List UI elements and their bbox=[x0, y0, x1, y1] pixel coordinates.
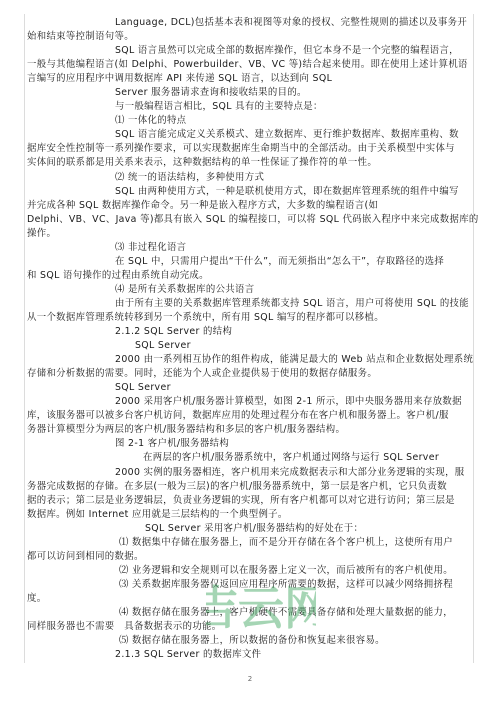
text-line: Delphi、VB、VC、Java 等)都具有嵌入 SQL 的编程接口，可以将 … bbox=[27, 213, 479, 226]
text-line: 数据库。例如 Internet 应用就是三层结构的一个典型例子。 bbox=[27, 508, 288, 521]
text-line: ⑸ 数据存储在服务器上，所以数据的备份和恢复起来很容易。 bbox=[119, 634, 385, 647]
page-number: 2 bbox=[0, 675, 500, 683]
text-line: ⑵ 统一的语法结构，多种使用方式 bbox=[115, 171, 264, 184]
text-line: 与一般编程语言相比，SQL 具有的主要特点是： bbox=[115, 100, 323, 113]
text-line: 2000 实例的服务器相连，客户机用来完成数据表示和大部分业务逻辑的实现，服 bbox=[115, 466, 465, 479]
text-line: 同样服务器也不需要 具备数据表示的功能。 bbox=[27, 620, 222, 633]
text-line: 实体间的联系都是用关系来表示，这种数据结构的单一性保证了操作符的单一性。 bbox=[27, 156, 377, 169]
text-line: Server 服务器请求查询和接收结果的目的。 bbox=[115, 86, 307, 99]
text-line: 2000 由一系列相互协作的组件构成，能满足最大的 Web 站点和企业数据处理系… bbox=[115, 353, 473, 366]
text-line: 并完成各种 SQL 数据库操作命令。另一种是嵌入程序方式，大多数的编程语言(如 bbox=[27, 199, 378, 212]
text-line: 2000 采用客户机/服务器计算模型，如图 2-1 所示，即中央服务器用来存放数… bbox=[115, 395, 462, 408]
text-line: 据的表示；第二层是业务逻辑层，负责业务逻辑的实现，所有客户机都可以对它进行访问；… bbox=[27, 494, 455, 507]
text-line: 2.1.3 SQL Server 的数据库文件 bbox=[115, 648, 261, 661]
text-line: SQL Server bbox=[115, 381, 171, 394]
text-line: ⑶ 非过程化语言 bbox=[115, 241, 186, 254]
text-line: 操作。 bbox=[27, 227, 56, 240]
text-line: ⑴ 数据集中存储在服务器上，而不是分开存储在各个客户机上，这使所有用户 bbox=[119, 536, 453, 549]
text-line: SQL 语言能完成定义关系模式、建立数据库、更行维护数据库、数据库重构、数 bbox=[115, 128, 459, 141]
text-line: 2.1.2 SQL Server 的结构 bbox=[115, 325, 232, 338]
text-line: Language, DCL)包括基本表和视图等对象的授权、完整性规则的描述以及事… bbox=[115, 16, 467, 29]
text-line: 图 2-1 客户机/服务器结构 bbox=[115, 437, 229, 450]
text-line: ⑷ 数据存储在服务器上，客户机硬件不需要具备存储和处理大量数据的能力， bbox=[119, 606, 453, 619]
text-line: 在两层的客户机/服务器系统中，客户机通过网络与运行 SQL Server bbox=[143, 451, 439, 464]
text-line: 始和结束等控制语句等。 bbox=[27, 30, 134, 43]
text-line: ⑵ 业务逻辑和安全规则可以在服务器上定义一次，而后被所有的客户机使用。 bbox=[119, 564, 453, 577]
text-line: SQL 语言虽然可以完成全部的数据库操作，但它本身不是一个完整的编程语言， bbox=[115, 44, 459, 57]
text-line: 都可以访问到相同的数据。 bbox=[27, 550, 144, 563]
document-page: Language, DCL)包括基本表和视图等对象的授权、完整性规则的描述以及事… bbox=[24, 14, 474, 663]
text-line: ⑷ 是所有关系数据库的公共语言 bbox=[115, 283, 254, 296]
text-line: 务器完成数据的存储。在多层(一般为三层)的客户机/服务器系统中，第一层是客户机，… bbox=[27, 480, 447, 493]
text-line: 存储和分析数据的需要。同时，还能为个人或企业提供易于使用的数据存储服务。 bbox=[27, 367, 377, 380]
text-line: 一般与其他编程语言(如 Delphi、Powerbuilder、VB、VC 等)… bbox=[27, 58, 468, 71]
text-line: 和 SQL 语句操作的过程由系统自动完成。 bbox=[27, 269, 209, 282]
text-line: 据库安全性控制等一系列操作要求，可以实现数据库生命期当中的全部活动。由于关系模型… bbox=[27, 142, 455, 155]
text-line: ⑶ 关系数据库服务器仅返回应用程序所需要的数据，这样可以减少网络拥挤程 bbox=[119, 578, 453, 591]
text-line: SQL Server bbox=[135, 339, 191, 352]
text-line: ⑴ 一体化的特点 bbox=[115, 114, 186, 127]
text-line: 由于所有主要的关系数据库管理系统都支持 SQL 语言，用户可将使用 SQL 的技… bbox=[115, 297, 469, 310]
text-line: 度。 bbox=[27, 592, 46, 605]
text-line: 在 SQL 中，只需用户提出“干什么”，而无须指出“怎么干”，存取路径的选择 bbox=[115, 255, 444, 268]
text-line: 从一个数据库管理系统转移到另一个系统中，所有用 SQL 编写的程序都可以移植。 bbox=[27, 311, 384, 324]
text-line: SQL Server 采用客户机/服务器结构的好处在于： bbox=[145, 522, 363, 535]
text-line: SQL 由两种使用方式，一种是联机使用方式，即在数据库管理系统的组件中编写 bbox=[115, 185, 459, 198]
text-line: 言编写的应用程序中调用数据库 API 来传递 SQL 语言，以达到向 SQL bbox=[27, 72, 332, 85]
text-line: 库，该服务器可以被多台客户机访问，数据库应用的处理过程分布在客户机和服务器上。客… bbox=[27, 409, 449, 422]
text-line: 务器计算模型分为两层的客户机/服务器结构和多层的客户机/服务器结构。 bbox=[27, 423, 345, 436]
